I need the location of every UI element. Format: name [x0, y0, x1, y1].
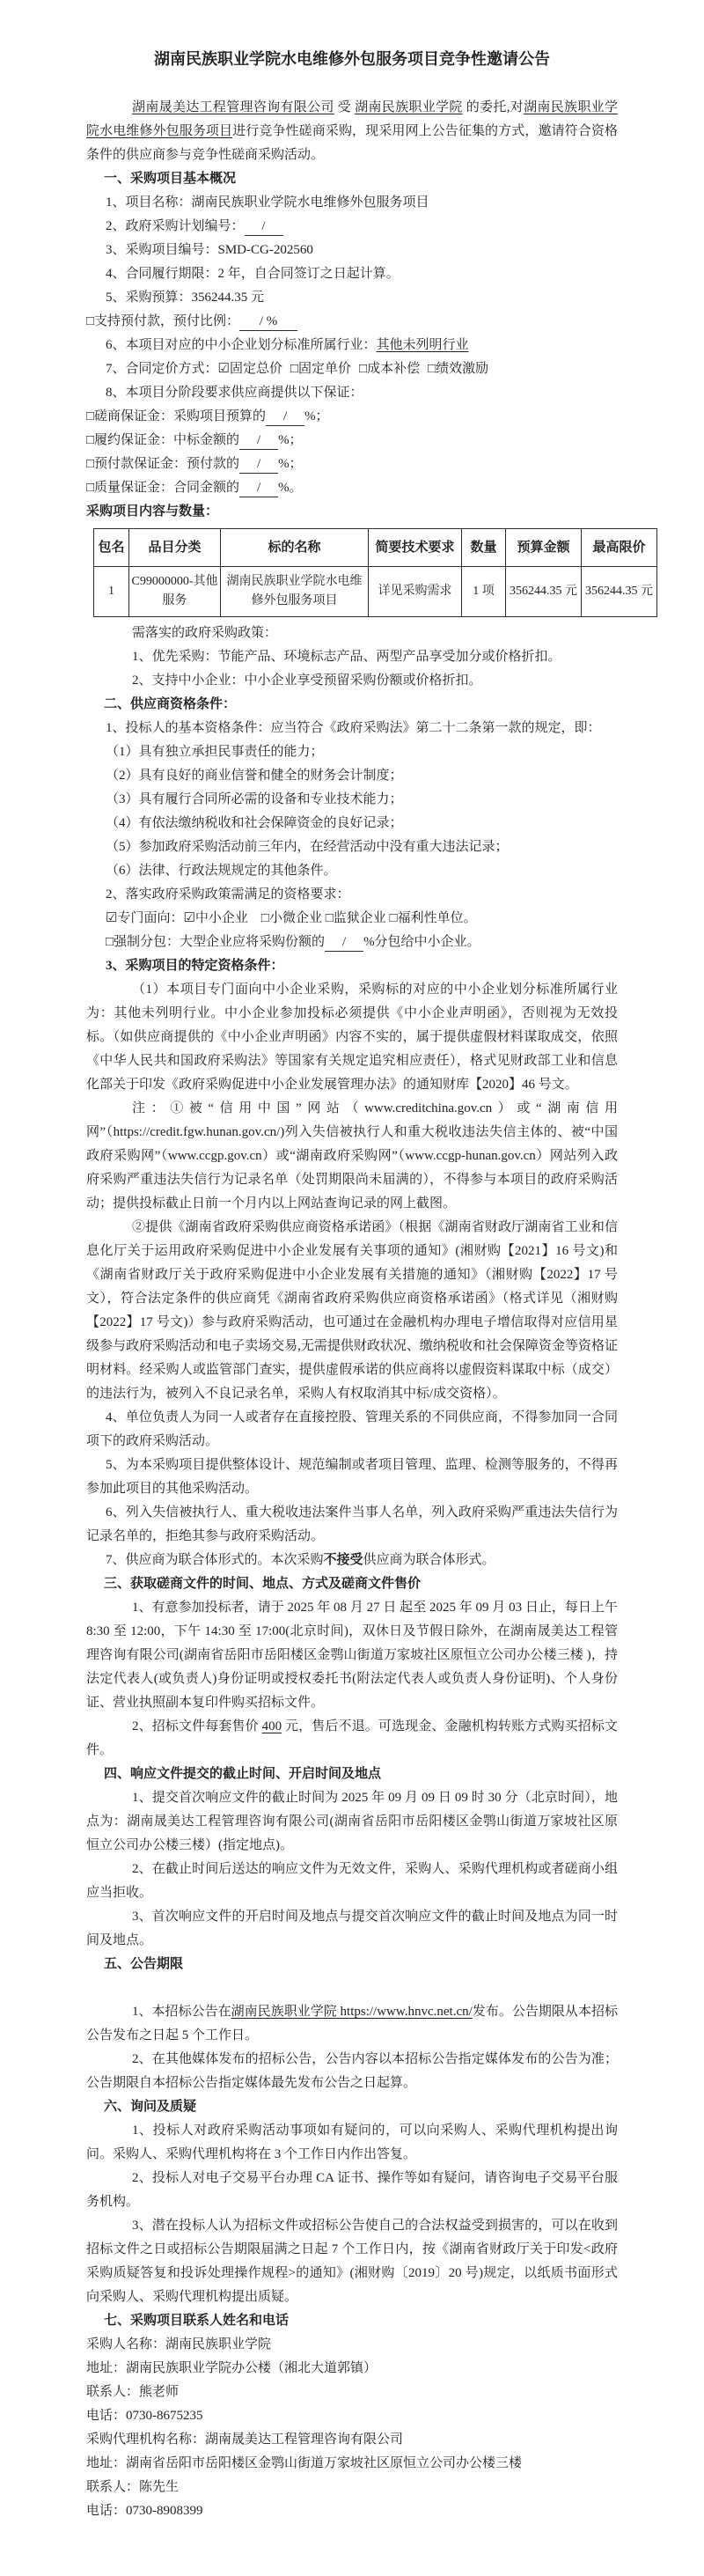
para-consortium-rule: 7、供应商为联合体形式的。本次采购不接受供应商为联合体形式。: [86, 1549, 618, 1572]
purchaser-name-underlined: 湖南民族职业学院: [355, 100, 463, 114]
para-policy-requirement: 2、落实政府采购政策需满足的资格要求：: [86, 883, 618, 907]
table-header-budget: 预算金额: [506, 529, 582, 567]
para-announcement-publish: 1、本招标公告在湖南民族职业学院 https://www.hnvc.net.cn…: [86, 2000, 618, 2048]
procurement-announcement-document: 湖南民族职业学院水电维修外包服务项目竞争性邀请公告 湖南晟美达工程管理咨询有限公…: [0, 0, 704, 2576]
para-guarantees-intro: 8、本项目分阶段要求供应商提供以下保证：: [86, 381, 618, 405]
para-dedicated-checkboxes: ☑专门面向：☑中小企业 □小微企业 □监狱企业 □福利性单位。: [86, 907, 618, 931]
not-accepted-bold: 不接受: [324, 1553, 363, 1567]
blank-underline: / %: [239, 313, 297, 331]
industry-label: 6、本项目对应的中小企业划分标准所属行业：: [106, 338, 377, 352]
table-header-row: 包名 品目分类 标的名称 简要技术要求 数量 预算金额 最高限价: [94, 529, 657, 567]
para-purchaser-contact: 联系人：熊老师: [86, 2381, 618, 2404]
para-basic-3: （3）具有履行合同所必需的设备和专业技术能力；: [86, 788, 618, 812]
table-header-package: 包名: [94, 529, 129, 567]
para-dishonest-list-rule: 6、列入失信被执行人、重大税收违法案件当事人名单，列入政府采购严重违法失信行为记…: [86, 1501, 618, 1549]
prepay-bond-suffix: %；: [278, 457, 303, 471]
intro-paragraph: 湖南晟美达工程管理咨询有限公司 受 湖南民族职业学院 的委托,对湖南民族职业学院…: [86, 96, 618, 167]
para-basic-2: （2）具有良好的商业信誉和健全的财务会计制度；: [86, 764, 618, 788]
para-challenge-procedure: 3、潜在投标人认为招标文件或招标公告使自己的合法权益受到损害的，可以在收到招标文…: [86, 2214, 618, 2309]
plan-number-label: 2、政府采购计划编号：: [106, 219, 245, 233]
para-project-number: 3、采购项目编号：SMD-CG-202560: [86, 239, 618, 262]
para-policy-sme: 2、支持中小企业：中小企业享受预留采购份额或价格折扣。: [86, 669, 618, 693]
para-design-service-rule: 5、为本采购项目提供整体设计、规范编制或者项目管理、监理、检测等服务的，不得再参…: [86, 1454, 618, 1501]
para-basic-qualification: 1、投标人的基本资格条件：应当符合《政府采购法》第二十二条第一款的规定，即：: [86, 717, 618, 740]
para-submission-deadline: 1、提交首次响应文件的截止时间为 2025 年 09 月 09 日 09 时 3…: [86, 1786, 618, 1858]
checkbox-option-cost-compensation: □成本补偿: [359, 362, 420, 376]
cell-category: C99000000-其他服务: [129, 567, 221, 617]
para-purchaser-phone: 电话：0730-8675235: [86, 2404, 618, 2428]
subcontract-suffix: %分包给中小企业。: [363, 935, 480, 949]
blank-underline: /: [266, 408, 304, 426]
para-basic-4: （4）有依法缴纳税收和社会保障资金的良好记录；: [86, 812, 618, 835]
table-header-category: 品目分类: [129, 529, 221, 567]
document-title: 湖南民族职业学院水电维修外包服务项目竞争性邀请公告: [86, 46, 618, 72]
para-opening-time: 3、首次响应文件的开启时间及地点与提交首次响应文件的截止时间及地点为同一时间及地…: [86, 1905, 618, 1953]
blank-underline: /: [239, 480, 278, 497]
para-plan-number: 2、政府采购计划编号：/: [86, 215, 618, 239]
section-heading-overview: 一、采购项目基本概况: [86, 167, 618, 191]
para-prepayment-checkbox: □支持预付款，预付比例：/ %: [86, 310, 618, 334]
para-credit-note-2: ②提供《湖南省政府采购供应商资格承诺函》（根据《湖南省财政厅湖南省工业和信息化厅…: [86, 1216, 618, 1406]
cell-subject-name: 湖南民族职业学院水电维修外包服务项目: [221, 567, 369, 617]
section-heading-obtain-documents: 三、获取磋商文件的时间、地点、方式及磋商文件售价: [86, 1572, 618, 1596]
checkbox-option-fixed-total-price: ☑固定总价: [218, 362, 282, 376]
section-heading-qualification: 二、供应商资格条件：: [86, 693, 618, 717]
deposit-suffix: %；: [304, 409, 329, 423]
announcement-site-link[interactable]: 湖南民族职业学院 https://www.hnvc.net.cn/: [231, 2005, 473, 2019]
para-specific-sme: （1）本项目专门面向中小企业采购，采购标的对应的中小企业划分标准所属行业为：其他…: [86, 978, 618, 1097]
para-purchaser-name: 采购人名称：湖南民族职业学院: [86, 2333, 618, 2357]
quality-bond-suffix: %。: [278, 481, 303, 495]
para-agency-contact: 联系人：陈先生: [86, 2476, 618, 2499]
publish-pre: 1、本招标公告在: [132, 2005, 231, 2019]
para-policy-intro: 需落实的政府采购政策：: [86, 622, 618, 645]
section-heading-announcement-period: 五、公告期限: [86, 1953, 618, 1976]
contents-quantity-heading: 采购项目内容与数量：: [86, 500, 618, 524]
blank-line: [86, 1976, 618, 2000]
para-project-name: 1、项目名称：湖南民族职业学院水电维修外包服务项目: [86, 191, 618, 215]
blank-underline: /: [245, 218, 283, 236]
bond-label: □履约保证金：中标金额的: [86, 433, 239, 447]
intro-text: 的委托,对: [463, 100, 524, 114]
para-basic-6: （6）法律、行政法规规定的其他条件。: [86, 859, 618, 883]
para-contract-pricing: 7、合同定价方式：☑固定总价□固定单价□成本补偿□绩效激励: [86, 357, 618, 381]
para-performance-bond: □履约保证金：中标金额的/%；: [86, 429, 618, 453]
price-pre: 2、招标文件每套售价: [132, 1719, 262, 1733]
para-forced-subcontract: □强制分包：大型企业应将采购份额的/%分包给中小企业。: [86, 931, 618, 954]
para-industry-category: 6、本项目对应的中小企业划分标准所属行业：其他未列明行业: [86, 334, 618, 357]
table-row: 1 C99000000-其他服务 湖南民族职业学院水电维修外包服务项目 详见采购…: [94, 567, 657, 617]
para-agency-name: 采购代理机构名称：湖南晟美达工程管理咨询有限公司: [86, 2428, 618, 2452]
para-ca-certificate: 2、投标人对电子交易平台办理 CA 证书、操作等如有疑问，请咨询电子交易平台服务…: [86, 2167, 618, 2214]
checkbox-option-fixed-unit-price: □固定单价: [290, 362, 351, 376]
para-obtain-time-place: 1、有意参加投标者，请于 2025 年 08 月 27 日 起至 2025 年 …: [86, 1596, 618, 1715]
table-header-quantity: 数量: [462, 529, 506, 567]
para-agency-address: 地址：湖南省岳阳市岳阳楼区金鹗山街道万家坡社区原恒立公司办公楼三楼: [86, 2452, 618, 2476]
para-policy-priority: 1、优先采购：节能产品、环境标志产品、两型产品享受加分或价格折扣。: [86, 645, 618, 669]
cell-budget: 356244.35 元: [506, 567, 582, 617]
para-document-price: 2、招标文件每套售价 400 元，售后不退。可选现金、金融机构转账方式购买招标文…: [86, 1715, 618, 1763]
para-negotiation-deposit: □磋商保证金：采购项目预算的/%；: [86, 405, 618, 429]
bond-suffix: %；: [278, 433, 303, 447]
agency-name-underlined: 湖南晟美达工程管理咨询有限公司: [132, 100, 334, 114]
table-header-max-price: 最高限价: [582, 529, 657, 567]
blank-underline: /: [325, 934, 363, 952]
industry-value-underlined: 其他未列明行业: [377, 338, 469, 352]
consortium-post: 供应商为联合体形式。: [363, 1553, 495, 1567]
quality-bond-label: □质量保证金：合同金额的: [86, 481, 239, 495]
para-agency-phone: 电话：0730-8908399: [86, 2499, 618, 2523]
heading-specific-qualification: 3、采购项目的特定资格条件：: [86, 954, 618, 978]
para-same-person-rule: 4、单位负责人为同一人或者存在直接控股、管理关系的不同供应商，不得参加同一合同项…: [86, 1406, 618, 1454]
para-quality-bond: □质量保证金：合同金额的/%。: [86, 476, 618, 500]
consortium-pre: 7、供应商为联合体形式的。本次采购: [106, 1553, 324, 1567]
para-budget: 5、采购预算：356244.35 元: [86, 286, 618, 310]
section-heading-contacts: 七、采购项目联系人姓名和电话: [86, 2309, 618, 2333]
prepayment-label: □支持预付款，预付比例：: [86, 314, 239, 328]
prepay-bond-label: □预付款保证金：预付款的: [86, 457, 239, 471]
cell-quantity: 1 项: [462, 567, 506, 617]
cell-package: 1: [94, 567, 129, 617]
para-basic-1: （1）具有独立承担民事责任的能力；: [86, 740, 618, 764]
table-header-tech-requirements: 简要技术要求: [369, 529, 462, 567]
intro-text: 受: [334, 100, 355, 114]
cell-tech-requirements: 详见采购需求: [369, 567, 462, 617]
deposit-label: □磋商保证金：采购项目预算的: [86, 409, 266, 423]
blank-underline: /: [239, 432, 278, 450]
checkbox-option-performance-incentive: □绩效激励: [428, 362, 488, 376]
price-value-underlined: 400: [262, 1719, 282, 1733]
para-prepayment-bond: □预付款保证金：预付款的/%；: [86, 453, 618, 476]
blank-underline: /: [239, 456, 278, 474]
para-basic-5: （5）参加政府采购活动前三年内，在经营活动中没有重大违法记录；: [86, 835, 618, 859]
para-purchaser-address: 地址：湖南民族职业学院办公楼（湘北大道郭镇）: [86, 2357, 618, 2381]
para-credit-note-1: 注：①被“信用中国”网站（www.creditchina.gov.cn）或“湖南…: [86, 1097, 618, 1216]
subcontract-label: □强制分包：大型企业应将采购份额的: [106, 935, 325, 949]
para-other-media: 2、在其他媒体发布的招标公告，公告内容以本招标公告指定媒体发布的公告为准；公告期…: [86, 2048, 618, 2095]
table-header-subject-name: 标的名称: [221, 529, 369, 567]
pricing-label: 7、合同定价方式：: [106, 362, 218, 376]
items-table: 包名 品目分类 标的名称 简要技术要求 数量 预算金额 最高限价 1 C9900…: [93, 528, 657, 617]
para-late-submission: 2、在截止时间后送达的响应文件为无效文件，采购人、采购代理机构或者磋商小组应当拒…: [86, 1858, 618, 1905]
para-inquiry-reply: 1、投标人对政府采购活动事项如有疑问的，可以向采购人、采购代理机构提出询问。采购…: [86, 2119, 618, 2167]
cell-max-price: 356244.35 元: [582, 567, 657, 617]
section-heading-inquiry: 六、询问及质疑: [86, 2095, 618, 2119]
section-heading-submission: 四、响应文件提交的截止时间、开启时间及地点: [86, 1763, 618, 1786]
para-contract-term: 4、合同履行期限：2 年，自合同签订之日起计算。: [86, 262, 618, 286]
